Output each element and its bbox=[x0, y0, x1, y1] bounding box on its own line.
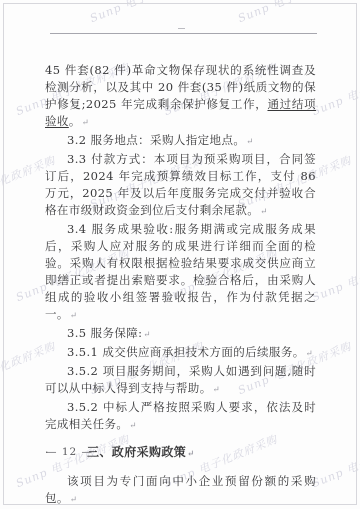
text-run: 三、政府采购政策 bbox=[87, 445, 186, 459]
paragraph: 3.5.2 中标人严格按照采购人要求，依法及时完成相关任务。↵ bbox=[45, 399, 316, 435]
text-run: 该项目为专门面向中小企业预留份额的采购包。 bbox=[45, 474, 316, 505]
paragraph-mark-icon: ↵ bbox=[129, 421, 136, 431]
paragraph: 3.2 服务地点：采购人指定地点。↵ bbox=[45, 132, 316, 151]
paragraph: 3.5.2 项目服务期间，采购人如遇到问题,随时可以从中标人得到支持与帮助。↵ bbox=[45, 363, 316, 399]
watermark-text: Sunp 电子化政府采购 bbox=[309, 59, 360, 119]
paragraph-mark-icon: ↵ bbox=[143, 330, 150, 340]
text-run: 。 bbox=[69, 114, 81, 128]
watermark-text: Sunp 电子化政府采购 bbox=[0, 0, 58, 26]
paragraph: 3.5.1 成交供应商承担技术方面的后续服务。↵ bbox=[45, 344, 316, 363]
document-body: 45 件套(82 件)革命文物保存现状的系统性调查及检测分析，以及其中 20 件… bbox=[45, 62, 316, 509]
paragraph-mark-icon: ↵ bbox=[246, 137, 253, 147]
document-page: Sunp 电子化政府采购Sunp 电子化政府采购Sunp 电子化政府采购Sunp… bbox=[0, 0, 360, 509]
watermark-text: Sunp 电子化政府采购 bbox=[235, 0, 353, 26]
page-number: — 12 — bbox=[46, 446, 93, 458]
text-run: 3.5 服务保障: bbox=[67, 326, 142, 340]
text-run: 3.5.2 项目服务期间，采购人如遇到问题,随时可以从中标人得到支持与帮助。 bbox=[45, 364, 316, 395]
text-run: 3.5.2 中标人严格按照采购人要求，依法及时完成相关任务。 bbox=[45, 400, 316, 431]
paragraph-mark-icon: ↵ bbox=[187, 449, 194, 459]
paragraph-mark-icon: ↵ bbox=[213, 385, 220, 395]
header-dash bbox=[178, 28, 185, 29]
paragraph-mark-icon: ↵ bbox=[70, 311, 77, 321]
paragraph: 3.3 付款方式：本项目为预采购项目，合同签订后，2024 年完成预算绩效目标工… bbox=[45, 151, 316, 221]
paragraph: 45 件套(82 件)革命文物保存现状的系统性调查及检测分析，以及其中 20 件… bbox=[45, 62, 316, 132]
text-run: 3.5.1 成交供应商承担技术方面的后续服务。 bbox=[67, 345, 305, 359]
paragraph: 3.4 服务成果验收:服务期满或完成服务成果后，采购人应对服务的成果进行详细而全… bbox=[45, 221, 316, 325]
watermark-text: Sunp 电子化政府采购 bbox=[87, 0, 205, 26]
paragraph-mark-icon: ↵ bbox=[260, 207, 267, 217]
text-run: 3.2 服务地点：采购人指定地点。 bbox=[67, 133, 245, 147]
watermark-text: Sunp 电子化政府采购 bbox=[309, 431, 360, 491]
text-run: 3.3 付款方式：本项目为预采购项目，合同签订后，2024 年完成预算绩效目标工… bbox=[45, 152, 316, 217]
paragraph-mark-icon: ↵ bbox=[306, 349, 313, 359]
header-rule-line bbox=[50, 33, 317, 34]
paragraph-mark-icon: ↵ bbox=[70, 495, 77, 505]
paragraph-mark-icon: ↵ bbox=[82, 118, 89, 128]
paragraph: 该项目为专门面向中小企业预留份额的采购包。↵ bbox=[45, 473, 316, 509]
text-run: 3.4 服务成果验收:服务期满或完成服务成果后，采购人应对服务的成果进行详细而全… bbox=[45, 222, 316, 321]
paragraph: 3.5 服务保障:↵ bbox=[45, 325, 316, 344]
watermark-text: Sunp 电子化政府采购 bbox=[309, 245, 360, 305]
